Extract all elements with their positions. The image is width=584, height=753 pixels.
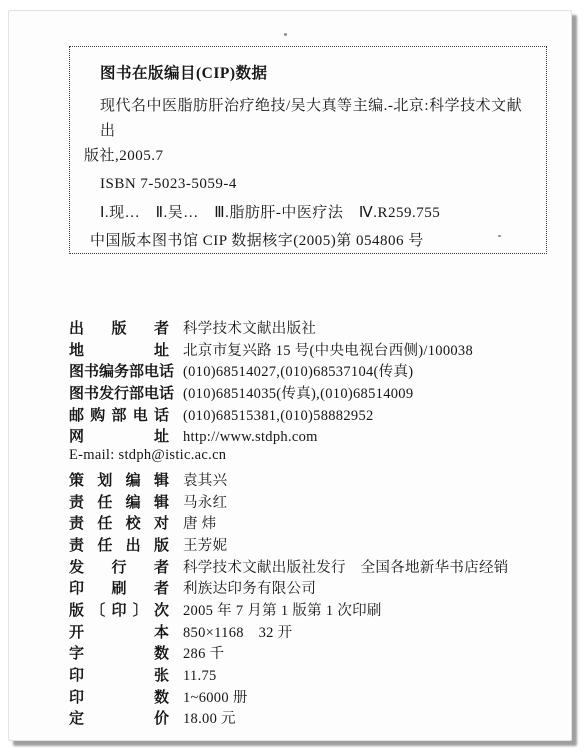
info-row: 发 行 者科学技术文献出版社发行 全国各地新华书店经销 <box>69 556 555 578</box>
cip-line: 中国版本图书馆 CIP 数据核字(2005)第 054806 号 <box>84 229 532 254</box>
info-row-label: 地 址 <box>69 339 169 360</box>
info-row: 责 任 出 版王芳妮 <box>69 534 555 556</box>
cip-line: 版社,2005.7 <box>84 144 532 169</box>
info-row-value: 11.75 <box>183 668 217 685</box>
info-row-value: 850×1168 32 开 <box>183 621 292 642</box>
info-row-label: 出 版 者 <box>69 317 169 338</box>
info-row-value: 科学技术文献出版社 <box>183 317 316 338</box>
info-row-label: 策 划 编 辑 <box>69 469 169 490</box>
scan-speck <box>284 33 287 36</box>
info-row-value: 马永红 <box>183 491 227 512</box>
info-row-value: 286 千 <box>183 642 224 663</box>
info-row-label: 印 刷 者 <box>69 577 169 598</box>
info-row: 印 刷 者利族达印务有限公司 <box>69 577 555 599</box>
info-row-label: 印 数 <box>69 686 169 707</box>
info-row-value: 王芳妮 <box>183 534 227 555</box>
info-row: 出 版 者科学技术文献出版社 <box>69 317 555 339</box>
info-row-value: 北京市复兴路 15 号(中央电视台西侧)/100038 <box>183 339 473 360</box>
info-row: 策 划 编 辑袁其兴 <box>69 469 555 491</box>
info-row: E-mail: stdph@istic.ac.cn <box>69 447 555 469</box>
info-row: 责 任 编 辑马永红 <box>69 491 555 513</box>
info-row: 印 张11.75 <box>69 664 555 686</box>
info-row-label: 责 任 编 辑 <box>69 491 169 512</box>
info-row: 责 任 校 对唐 炜 <box>69 512 555 534</box>
info-row-value: (010)68514027,(010)68537104(传真) <box>183 360 413 381</box>
info-row-label: 邮 购 部 电 话 <box>69 404 169 425</box>
info-row: 邮 购 部 电 话(010)68515381,(010)58882952 <box>69 404 555 426</box>
info-row-value: 1~6000 册 <box>183 686 248 707</box>
info-row-inline-text: E-mail: stdph@istic.ac.cn <box>69 447 226 464</box>
scanned-book-page: 图书在版编目(CIP)数据 现代名中医脂肪肝治疗绝技/吴大真等主编.-北京:科学… <box>8 10 572 741</box>
info-row-value: 唐 炜 <box>183 512 217 533</box>
info-row: 字 数286 千 <box>69 642 555 664</box>
info-row-label: 定 价 <box>69 707 169 728</box>
info-row-value: (010)68515381,(010)58882952 <box>183 408 374 425</box>
info-row-label: 图书编务部电话 <box>69 360 169 381</box>
info-row-value: 科学技术文献出版社发行 全国各地新华书店经销 <box>183 556 509 577</box>
info-row-label: 责 任 校 对 <box>69 512 169 533</box>
info-row: 印 数1~6000 册 <box>69 686 555 708</box>
cip-line: Ⅰ.现… Ⅱ.吴… Ⅲ.脂肪肝-中医疗法 Ⅳ.R259.755 <box>84 201 532 226</box>
info-row: 网 址http://www.stdph.com <box>69 425 555 447</box>
info-row-label: 字 数 <box>69 642 169 663</box>
info-row-label: 开 本 <box>69 621 169 642</box>
cip-line: ISBN 7-5023-5059-4 <box>84 172 532 197</box>
info-row-value: http://www.stdph.com <box>183 429 318 446</box>
publication-info-rows: 出 版 者科学技术文献出版社地 址北京市复兴路 15 号(中央电视台西侧)/10… <box>69 317 555 729</box>
info-row-label: 责 任 出 版 <box>69 534 169 555</box>
cip-box-title: 图书在版编目(CIP)数据 <box>84 61 532 86</box>
info-row-label: 网 址 <box>69 425 169 446</box>
cip-line: 现代名中医脂肪肝治疗绝技/吴大真等主编.-北京:科学技术文献出 <box>84 94 532 144</box>
info-row-value: 利族达印务有限公司 <box>183 577 316 598</box>
info-row: 版 〔 印 〕 次2005 年 7 月第 1 版第 1 次印刷 <box>69 599 555 621</box>
info-row-value: 2005 年 7 月第 1 版第 1 次印刷 <box>183 599 382 620</box>
scan-speck <box>498 235 501 237</box>
cip-data-box: 图书在版编目(CIP)数据 现代名中医脂肪肝治疗绝技/吴大真等主编.-北京:科学… <box>69 46 547 254</box>
cip-lines: 现代名中医脂肪肝治疗绝技/吴大真等主编.-北京:科学技术文献出版社,2005.7… <box>84 94 532 254</box>
info-row-value: (010)68514035(传真),(010)68514009 <box>183 382 413 403</box>
info-row: 定 价18.00 元 <box>69 707 555 729</box>
info-row: 图书编务部电话(010)68514027,(010)68537104(传真) <box>69 360 555 382</box>
info-row: 地 址北京市复兴路 15 号(中央电视台西侧)/100038 <box>69 339 555 361</box>
info-row-value: 袁其兴 <box>183 469 227 490</box>
info-row-label: 印 张 <box>69 664 169 685</box>
info-row-label: 图书发行部电话 <box>69 382 169 403</box>
info-row: 开 本850×1168 32 开 <box>69 621 555 643</box>
info-row-label: 发 行 者 <box>69 556 169 577</box>
info-row: 图书发行部电话(010)68514035(传真),(010)68514009 <box>69 382 555 404</box>
info-row-label: 版 〔 印 〕 次 <box>69 599 169 620</box>
info-row-value: 18.00 元 <box>183 707 236 728</box>
